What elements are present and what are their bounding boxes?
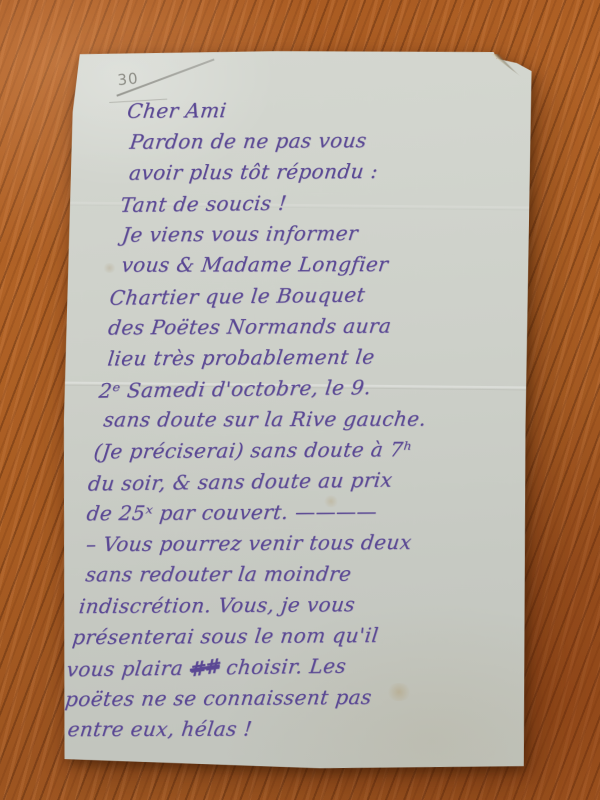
paper-sheet: 30 Cher Ami Pardon de ne pas vousavoir p… bbox=[60, 48, 531, 771]
letter-line: Je viens vous informer bbox=[120, 217, 521, 251]
letter-line: poëtes ne se connaissent pas bbox=[63, 681, 467, 715]
letter-line: avoir plus tôt répondu : bbox=[127, 155, 528, 189]
letter-line: entre eux, hélas ! bbox=[66, 713, 464, 745]
letter-line: (Je préciserai) sans doute à 7ʰ bbox=[92, 434, 496, 468]
letter-line-text: choisir. Les bbox=[218, 654, 347, 680]
letter-line: indiscrétion. Vous, je vous bbox=[77, 588, 478, 622]
letter-line: présenterai sous le nom qu'il bbox=[71, 619, 475, 653]
letter-line: des Poëtes Normands aura bbox=[106, 310, 510, 344]
letter-line: Pardon de ne pas vous bbox=[128, 124, 532, 158]
letter-line: Chartier que le Bouquet bbox=[108, 278, 515, 314]
letter-line-text: vous plaira bbox=[65, 656, 191, 682]
letter-line: sans doute sur la Rive gauche. bbox=[102, 404, 500, 436]
letter-line: du soir, & sans doute au prix bbox=[86, 463, 493, 499]
letter-line: de 25ˣ par couvert. ———— bbox=[85, 496, 489, 530]
letter-line: 2ᵉ Samedi d'octobre, le 9. bbox=[97, 370, 504, 406]
letter-line: Tant de soucis ! bbox=[119, 185, 526, 221]
letter-salutation: Cher Ami bbox=[126, 93, 536, 127]
strikethrough-scribble: ## bbox=[189, 650, 220, 685]
photo-of-letter-on-wooden-table: 30 Cher Ami Pardon de ne pas vousavoir p… bbox=[0, 0, 600, 800]
handwritten-letter-text: Cher Ami Pardon de ne pas vousavoir plus… bbox=[60, 93, 536, 746]
letter-line: sans redouter la moindre bbox=[84, 558, 482, 590]
letter-line: vous & Madame Longfier bbox=[120, 249, 518, 281]
letter-line: vous plaira ## choisir. Les bbox=[65, 649, 472, 685]
letter-paper: 30 Cher Ami Pardon de ne pas vousavoir p… bbox=[60, 48, 531, 771]
page-number-pencil: 30 bbox=[117, 69, 140, 89]
letter-line: lieu très probablement le bbox=[106, 341, 507, 375]
letter-lines: Pardon de ne pas vousavoir plus tôt répo… bbox=[60, 124, 533, 746]
letter-line: – Vous pourrez venir tous deux bbox=[84, 526, 485, 560]
